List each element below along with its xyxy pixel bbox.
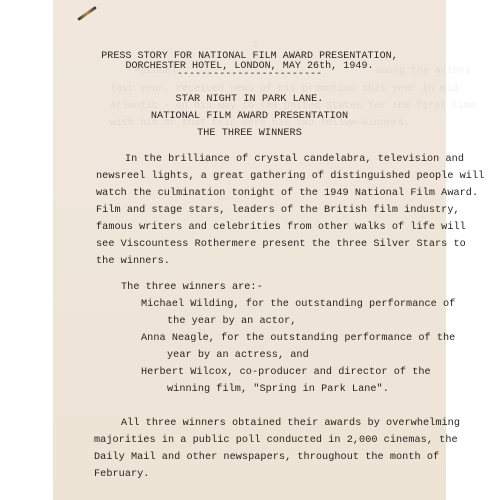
- winners-intro: The three winners are:-: [121, 282, 263, 293]
- paragraph-1-line: famous writers and celebrities from othe…: [96, 222, 466, 233]
- paragraph-2-line: All three winners obtained their awards …: [121, 418, 460, 429]
- paragraph-2-line: Daily Mail and other newspapers, through…: [94, 452, 439, 463]
- paragraph-1-line: the winners.: [96, 256, 170, 267]
- title-three-winners: THE THREE WINNERS: [53, 128, 446, 139]
- paragraph-1-line: In the brilliance of crystal candelabra,…: [125, 154, 464, 165]
- winner-wilding-cont: the year by an actor,: [167, 316, 296, 327]
- paragraph-2-line: majorities in a public poll conducted in…: [94, 435, 458, 446]
- title-award-presentation: NATIONAL FILM AWARD PRESENTATION: [53, 111, 446, 122]
- title-star-night: STAR NIGHT IN PARK LANE.: [53, 94, 446, 105]
- paragraph-1-line: newsreel lights, a great gathering of di…: [96, 171, 484, 182]
- show-through-page-number: 2.: [253, 40, 265, 51]
- paragraph-1-line: Film and stage stars, leaders of the Bri…: [96, 205, 460, 216]
- winner-wilding: Michael Wilding, for the outstanding per…: [141, 299, 455, 310]
- header-rule: ------------------------: [53, 69, 446, 80]
- winner-wilcox-cont: winning film, "Spring in Park Lane".: [167, 384, 389, 395]
- winner-neagle-cont: year by an actress, and: [167, 350, 309, 361]
- paragraph-2-line: February.: [94, 469, 149, 480]
- winner-wilcox: Herbert Wilcox, co-producer and director…: [141, 367, 431, 378]
- winner-neagle: Anna Neagle, for the outstanding perform…: [141, 333, 455, 344]
- paragraph-1-line: watch the culmination tonight of the 194…: [96, 188, 478, 199]
- paragraph-1-line: see Viscountess Rothermere present the t…: [96, 239, 466, 250]
